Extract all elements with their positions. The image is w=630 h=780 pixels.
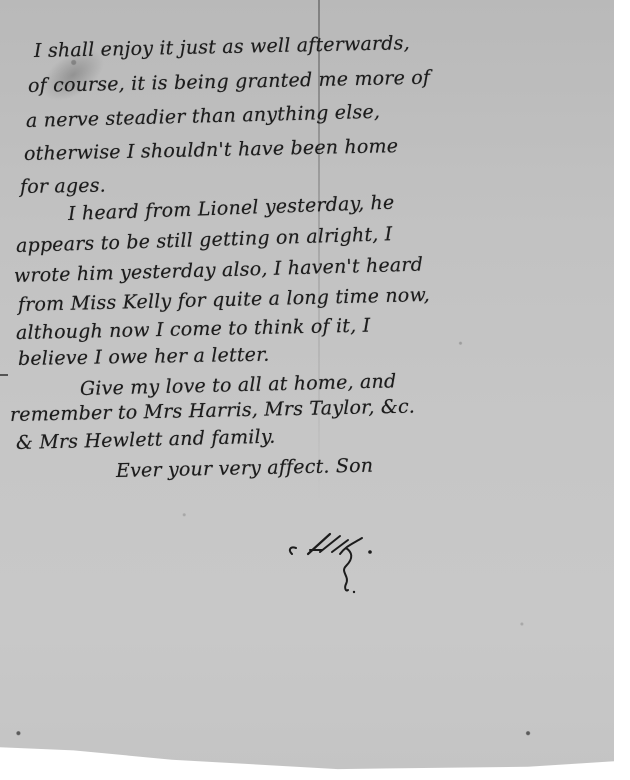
signature-scrawl-icon (288, 532, 378, 602)
letter-line: appears to be still getting on alright, … (16, 223, 393, 257)
letter-line: from Miss Kelly for quite a long time no… (18, 284, 430, 316)
letter-line: for ages. (20, 175, 106, 198)
signature (288, 532, 378, 602)
letter-line: & Mrs Hewlett and family. (16, 426, 276, 454)
letter-line: otherwise I shouldn't have been home (24, 135, 399, 165)
letter-line: wrote him yesterday also, I haven't hear… (14, 254, 424, 287)
letter-line: I shall enjoy it just as well afterwards… (34, 32, 410, 62)
letter-line: Ever your very affect. Son (116, 455, 374, 482)
letter-line: remember to Mrs Harris, Mrs Taylor, &c. (10, 396, 415, 426)
letter-line: although now I come to think of it, I (16, 315, 371, 344)
letter-line: believe I owe her a letter. (18, 344, 270, 370)
scanned-page: I shall enjoy it just as well afterwards… (0, 0, 630, 780)
letter-line: Give my love to all at home, and (80, 370, 397, 400)
letter-line: a nerve steadier than anything else, (26, 101, 381, 132)
letter-body: I shall enjoy it just as well afterwards… (0, 0, 614, 780)
letter-line: of course, it is being granted me more o… (28, 67, 431, 97)
letter-line: I heard from Lionel yesterday, he (68, 192, 395, 225)
